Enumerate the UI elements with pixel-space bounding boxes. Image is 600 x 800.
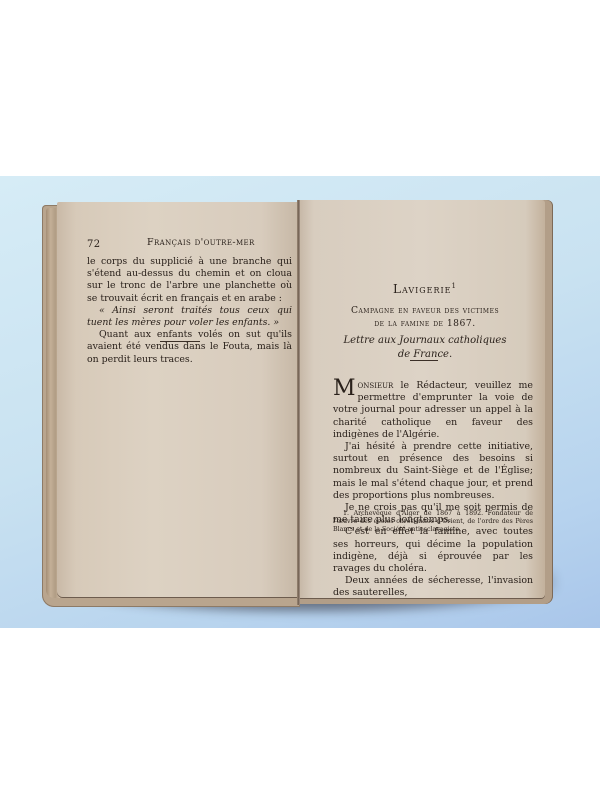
letter-title-1: Lettre aux Journaux catholiques — [310, 334, 540, 348]
drop-cap: M — [333, 380, 356, 398]
paragraph: le corps du supplicié à une branche qui … — [87, 256, 292, 305]
campaign-title-1: Campagne en faveur des victimes — [310, 304, 540, 317]
inscription-quote: « Ainsi seront traités tous ceux qui tue… — [87, 305, 292, 329]
footnote: 1. Archevêque d'Alger de 1867 à 1892. Fo… — [333, 510, 533, 534]
opening-word: onsieur — [358, 380, 394, 391]
paragraph: Deux années de sécheresse, l'invasion de… — [333, 575, 533, 599]
page-number: 72 — [87, 239, 101, 250]
footnote-marker: 1 — [452, 282, 457, 290]
paragraph: J'ai hésité à prendre cette initiative, … — [333, 441, 533, 502]
author-name: Lavigerie1 — [310, 282, 540, 296]
opening-paragraph: Monsieur le Rédacteur, veuillez me perme… — [333, 380, 533, 441]
section-rule — [160, 341, 200, 342]
book-gutter — [297, 200, 300, 605]
running-head-title: Français d'outre-mer — [147, 237, 255, 248]
left-page-body: le corps du supplicié à une branche qui … — [87, 256, 292, 366]
chapter-heading: Lavigerie1 Campagne en faveur des victim… — [310, 282, 540, 362]
letter-body: Monsieur le Rédacteur, veuillez me perme… — [333, 380, 533, 600]
paragraph: Quant aux enfants volés on sut qu'ils av… — [87, 329, 292, 366]
heading-rule — [410, 360, 438, 361]
campaign-title-2: de la famine de 1867. — [310, 317, 540, 330]
